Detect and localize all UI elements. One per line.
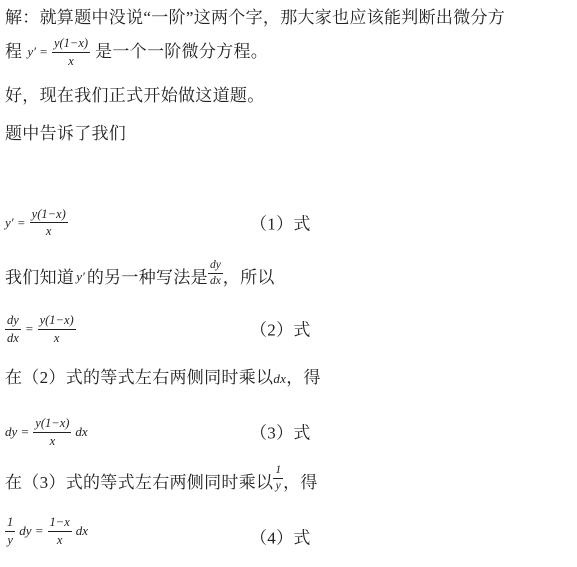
equation-4: 1 y dy = 1−x x dx xyxy=(5,515,88,547)
equation-2-label: （2）式 xyxy=(250,319,311,340)
inline-equation-fraction: y(1−x) x xyxy=(52,36,90,68)
equation-3-fraction: y(1−x) x xyxy=(33,416,71,448)
fraction-numerator: y(1−x) xyxy=(30,207,68,224)
fraction-denominator: x xyxy=(46,223,52,238)
fraction-numerator: y(1−x) xyxy=(52,36,90,53)
fraction-denominator: dx xyxy=(210,274,221,288)
equation-4-row: 1 y dy = 1−x x dx （4）式 xyxy=(5,512,574,550)
multiply-dx-text-after: ，得 xyxy=(286,368,321,387)
equation-2-row: dy dx = y(1−x) x （2）式 xyxy=(5,309,574,349)
equation-4-mid: dy = xyxy=(19,523,43,539)
fraction-denominator: dx xyxy=(7,330,19,345)
equation-3-dx: dx xyxy=(75,424,87,440)
dydx-fraction: dy dx xyxy=(208,259,223,288)
equation-3-label: （3）式 xyxy=(250,422,311,443)
fraction-denominator: y xyxy=(7,532,13,547)
equation-2-lhs-fraction: dy dx xyxy=(5,313,21,345)
equation-1-row: y′ = y(1−x) x （1）式 xyxy=(5,204,574,242)
multiply-y-text-after: ，得 xyxy=(283,472,318,493)
multiply-dx-text-before: 在（2）式的等式左右两侧同时乘以 xyxy=(5,368,273,387)
equation-4-label: （4）式 xyxy=(250,528,311,549)
fraction-numerator: 1−x xyxy=(48,515,72,532)
equation-4-dx: dx xyxy=(76,523,88,539)
document: 解：就算题中没说“一阶”这两个字，那大家也应该能判断出微分方 程 y′ = y(… xyxy=(0,0,577,567)
fraction-numerator: 1 xyxy=(5,515,15,532)
inline-equation-lhs: y′ = xyxy=(27,44,48,60)
rewrite-text-after: ，所以 xyxy=(223,267,275,288)
fraction-numerator: y(1−x) xyxy=(38,313,76,330)
paragraph-given: 题中告诉了我们 xyxy=(5,123,574,144)
fraction-numerator: 1 xyxy=(273,464,283,479)
equation-4-rhs-fraction: 1−x x xyxy=(48,515,72,547)
one-over-y-fraction: 1 y xyxy=(273,464,283,493)
equation-1-fraction: y(1−x) x xyxy=(30,207,68,239)
paragraph-intro-line1: 解：就算题中没说“一阶”这两个字，那大家也应该能判断出微分方 xyxy=(5,7,574,28)
fraction-denominator: x xyxy=(57,532,63,547)
equation-2: dy dx = y(1−x) x xyxy=(5,313,76,345)
equation-3-lhs: dy = xyxy=(5,424,29,440)
inline-equation: y′ = y(1−x) x xyxy=(27,36,90,68)
paragraph-rewrite: 我们知道 y′ 的另一种写法是 dy dx ，所以 xyxy=(5,259,574,288)
equation-3: dy = y(1−x) x dx xyxy=(5,416,88,448)
equation-1-lhs: y′ = xyxy=(5,215,26,231)
equation-4-lhs-fraction: 1 y xyxy=(5,515,15,547)
fraction-numerator: y(1−x) xyxy=(33,416,71,433)
intro-line2-suffix: 是一个一阶微分方程。 xyxy=(95,41,268,62)
equation-1: y′ = y(1−x) x xyxy=(5,207,68,239)
paragraph-start: 好，现在我们正式开始做这道题。 xyxy=(5,85,574,106)
fraction-numerator: dy xyxy=(208,259,223,274)
equation-3-row: dy = y(1−x) x dx （3）式 xyxy=(5,415,574,449)
fraction-denominator: y xyxy=(276,479,281,493)
fraction-denominator: x xyxy=(54,330,60,345)
multiply-y-text-before: 在（3）式的等式左右两侧同时乘以 xyxy=(5,472,273,493)
equation-2-rhs-fraction: y(1−x) x xyxy=(38,313,76,345)
paragraph-multiply-dx: 在（2）式的等式左右两侧同时乘以dx，得 xyxy=(5,367,574,389)
paragraph-intro-line2: 程 y′ = y(1−x) x 是一个一阶微分方程。 xyxy=(5,36,574,68)
fraction-denominator: x xyxy=(68,53,74,68)
rewrite-text-mid: 的另一种写法是 xyxy=(87,267,208,288)
paragraph-multiply-one-over-y: 在（3）式的等式左右两侧同时乘以 1 y ，得 xyxy=(5,464,574,493)
y-prime-symbol: y′ xyxy=(76,269,85,288)
equation-1-label: （1）式 xyxy=(250,213,311,234)
dx-symbol: dx xyxy=(273,371,286,386)
fraction-numerator: dy xyxy=(5,313,21,330)
equals-sign: = xyxy=(25,321,34,337)
intro-line2-prefix: 程 xyxy=(5,41,22,62)
rewrite-text-before: 我们知道 xyxy=(5,267,74,288)
fraction-denominator: x xyxy=(50,433,56,448)
